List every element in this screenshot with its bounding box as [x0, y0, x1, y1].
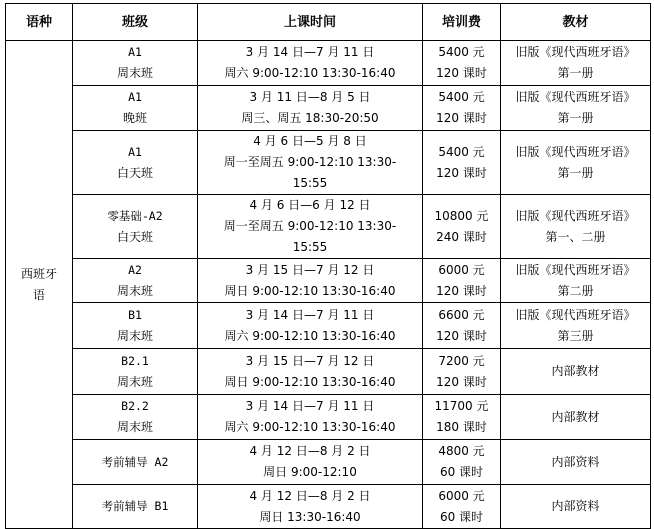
schedule-cell: 4 月 6 日—5 月 8 日周一至周五 9:00-12:10 13:30-15…	[198, 131, 423, 195]
weekly-schedule: 周日 9:00-12:10 13:30-16:40	[200, 281, 420, 302]
class-level: A1	[75, 142, 195, 163]
fee-amount: 6000 元	[425, 486, 498, 507]
course-hours: 180 课时	[425, 417, 498, 438]
fee-cell: 6000 元120 课时	[423, 259, 501, 303]
textbook-title: 内部资料	[503, 452, 648, 473]
fee-amount: 11700 元	[425, 396, 498, 417]
textbook-cell: 旧版《现代西班牙语》第三册	[501, 303, 651, 349]
date-range: 3 月 14 日—7 月 11 日	[200, 305, 420, 326]
weekly-schedule-cont: 15:55	[200, 237, 420, 258]
class-cell: A1周末班	[73, 41, 198, 86]
date-range: 3 月 14 日—7 月 11 日	[200, 42, 420, 63]
class-type: 白天班	[75, 163, 195, 184]
textbook-volume: 第一册	[503, 108, 648, 129]
weekly-schedule: 周一至周五 9:00-12:10 13:30-	[200, 216, 420, 237]
textbook-volume: 第二册	[503, 281, 648, 302]
class-type: 白天班	[75, 227, 195, 248]
fee-amount: 5400 元	[425, 142, 498, 163]
class-level: 考前辅导 B1	[75, 496, 195, 517]
course-hours: 60 课时	[425, 462, 498, 483]
weekly-schedule: 周三、周五 18:30-20:50	[200, 108, 420, 129]
class-type: 晚班	[75, 108, 195, 129]
textbook-cell: 旧版《现代西班牙语》第二册	[501, 259, 651, 303]
fee-cell: 5400 元120 课时	[423, 131, 501, 195]
schedule-cell: 3 月 15 日—7 月 12 日周日 9:00-12:10 13:30-16:…	[198, 259, 423, 303]
fee-cell: 7200 元120 课时	[423, 349, 501, 395]
textbook-cell: 旧版《现代西班牙语》第一册	[501, 86, 651, 131]
course-hours: 120 课时	[425, 281, 498, 302]
class-cell: A1晚班	[73, 86, 198, 131]
language-line2: 语	[8, 285, 70, 306]
course-hours: 120 课时	[425, 372, 498, 393]
weekly-schedule: 周六 9:00-12:10 13:30-16:40	[200, 63, 420, 84]
textbook-cell: 旧版《现代西班牙语》第一册	[501, 41, 651, 86]
fee-cell: 11700 元180 课时	[423, 395, 501, 440]
class-cell: B2.2周末班	[73, 395, 198, 440]
textbook-volume: 第一册	[503, 163, 648, 184]
table-row: A1晚班3 月 11 日—8 月 5 日周三、周五 18:30-20:50540…	[6, 86, 651, 131]
header-row: 语种 班级 上课时间 培训费 教材	[6, 4, 651, 41]
class-cell: A1白天班	[73, 131, 198, 195]
fee-amount: 10800 元	[425, 206, 498, 227]
textbook-cell: 内部资料	[501, 440, 651, 485]
textbook-volume: 第一、二册	[503, 227, 648, 248]
class-level: A2	[75, 260, 195, 281]
class-level: B2.1	[75, 351, 195, 372]
schedule-cell: 3 月 11 日—8 月 5 日周三、周五 18:30-20:50	[198, 86, 423, 131]
fee-cell: 4800 元60 课时	[423, 440, 501, 485]
class-cell: B2.1周末班	[73, 349, 198, 395]
table-row: B2.1周末班3 月 15 日—7 月 12 日周日 9:00-12:10 13…	[6, 349, 651, 395]
fee-cell: 5400 元120 课时	[423, 86, 501, 131]
language-line1: 西班牙	[8, 264, 70, 285]
fee-cell: 6000 元60 课时	[423, 485, 501, 529]
class-cell: 考前辅导 A2	[73, 440, 198, 485]
class-cell: 零基础-A2白天班	[73, 195, 198, 259]
textbook-title: 内部教材	[503, 407, 648, 428]
weekly-schedule: 周六 9:00-12:10 13:30-16:40	[200, 417, 420, 438]
table-row: 考前辅导 A24 月 12 日—8 月 2 日周日 9:00-12:104800…	[6, 440, 651, 485]
textbook-volume: 第三册	[503, 326, 648, 347]
weekly-schedule: 周日 13:30-16:40	[200, 507, 420, 528]
class-type: 周末班	[75, 417, 195, 438]
header-class: 班级	[73, 4, 198, 41]
header-language: 语种	[6, 4, 73, 41]
schedule-cell: 4 月 6 日—6 月 12 日周一至周五 9:00-12:10 13:30-1…	[198, 195, 423, 259]
course-hours: 60 课时	[425, 507, 498, 528]
class-cell: 考前辅导 B1	[73, 485, 198, 529]
textbook-title: 旧版《现代西班牙语》	[503, 260, 648, 281]
schedule-cell: 3 月 15 日—7 月 12 日周日 9:00-12:10 13:30-16:…	[198, 349, 423, 395]
textbook-title: 旧版《现代西班牙语》	[503, 87, 648, 108]
date-range: 4 月 12 日—8 月 2 日	[200, 486, 420, 507]
class-type: 周末班	[75, 281, 195, 302]
date-range: 3 月 11 日—8 月 5 日	[200, 87, 420, 108]
course-schedule-table: 语种 班级 上课时间 培训费 教材 西班牙语A1周末班3 月 14 日—7 月 …	[5, 3, 651, 529]
course-hours: 240 课时	[425, 227, 498, 248]
weekly-schedule: 周六 9:00-12:10 13:30-16:40	[200, 326, 420, 347]
table-row: A1白天班4 月 6 日—5 月 8 日周一至周五 9:00-12:10 13:…	[6, 131, 651, 195]
textbook-title: 旧版《现代西班牙语》	[503, 42, 648, 63]
schedule-cell: 4 月 12 日—8 月 2 日周日 13:30-16:40	[198, 485, 423, 529]
textbook-title: 内部资料	[503, 496, 648, 517]
table-row: 考前辅导 B14 月 12 日—8 月 2 日周日 13:30-16:40600…	[6, 485, 651, 529]
textbook-cell: 内部资料	[501, 485, 651, 529]
textbook-title: 内部教材	[503, 361, 648, 382]
textbook-title: 旧版《现代西班牙语》	[503, 206, 648, 227]
course-hours: 120 课时	[425, 326, 498, 347]
textbook-cell: 旧版《现代西班牙语》第一、二册	[501, 195, 651, 259]
class-level: A1	[75, 42, 195, 63]
course-hours: 120 课时	[425, 163, 498, 184]
textbook-volume: 第一册	[503, 63, 648, 84]
fee-cell: 6600 元120 课时	[423, 303, 501, 349]
weekly-schedule: 周日 9:00-12:10 13:30-16:40	[200, 372, 420, 393]
fee-amount: 6600 元	[425, 305, 498, 326]
date-range: 4 月 6 日—6 月 12 日	[200, 195, 420, 216]
textbook-cell: 内部教材	[501, 349, 651, 395]
table-row: B2.2周末班3 月 14 日—7 月 11 日周六 9:00-12:10 13…	[6, 395, 651, 440]
date-range: 4 月 12 日—8 月 2 日	[200, 441, 420, 462]
weekly-schedule-cont: 15:55	[200, 173, 420, 194]
schedule-cell: 3 月 14 日—7 月 11 日周六 9:00-12:10 13:30-16:…	[198, 395, 423, 440]
weekly-schedule: 周一至周五 9:00-12:10 13:30-	[200, 152, 420, 173]
table-row: A2周末班3 月 15 日—7 月 12 日周日 9:00-12:10 13:3…	[6, 259, 651, 303]
class-type: 周末班	[75, 326, 195, 347]
fee-cell: 10800 元240 课时	[423, 195, 501, 259]
textbook-title: 旧版《现代西班牙语》	[503, 142, 648, 163]
schedule-cell: 3 月 14 日—7 月 11 日周六 9:00-12:10 13:30-16:…	[198, 41, 423, 86]
textbook-title: 旧版《现代西班牙语》	[503, 305, 648, 326]
date-range: 3 月 14 日—7 月 11 日	[200, 396, 420, 417]
class-cell: B1周末班	[73, 303, 198, 349]
fee-amount: 4800 元	[425, 441, 498, 462]
class-level: A1	[75, 87, 195, 108]
textbook-cell: 内部教材	[501, 395, 651, 440]
table-row: 西班牙语A1周末班3 月 14 日—7 月 11 日周六 9:00-12:10 …	[6, 41, 651, 86]
fee-amount: 6000 元	[425, 260, 498, 281]
class-type: 周末班	[75, 372, 195, 393]
table-row: B1周末班3 月 14 日—7 月 11 日周六 9:00-12:10 13:3…	[6, 303, 651, 349]
date-range: 4 月 6 日—5 月 8 日	[200, 131, 420, 152]
course-hours: 120 课时	[425, 63, 498, 84]
schedule-cell: 4 月 12 日—8 月 2 日周日 9:00-12:10	[198, 440, 423, 485]
date-range: 3 月 15 日—7 月 12 日	[200, 260, 420, 281]
table-row: 零基础-A2白天班4 月 6 日—6 月 12 日周一至周五 9:00-12:1…	[6, 195, 651, 259]
header-fee: 培训费	[423, 4, 501, 41]
class-cell: A2周末班	[73, 259, 198, 303]
class-type: 周末班	[75, 63, 195, 84]
class-level: 考前辅导 A2	[75, 452, 195, 473]
class-level: 零基础-A2	[75, 206, 195, 227]
header-textbook: 教材	[501, 4, 651, 41]
fee-amount: 5400 元	[425, 42, 498, 63]
date-range: 3 月 15 日—7 月 12 日	[200, 351, 420, 372]
schedule-cell: 3 月 14 日—7 月 11 日周六 9:00-12:10 13:30-16:…	[198, 303, 423, 349]
class-level: B1	[75, 305, 195, 326]
course-hours: 120 课时	[425, 108, 498, 129]
textbook-cell: 旧版《现代西班牙语》第一册	[501, 131, 651, 195]
weekly-schedule: 周日 9:00-12:10	[200, 462, 420, 483]
header-schedule: 上课时间	[198, 4, 423, 41]
language-cell: 西班牙语	[6, 41, 73, 529]
fee-cell: 5400 元120 课时	[423, 41, 501, 86]
fee-amount: 5400 元	[425, 87, 498, 108]
class-level: B2.2	[75, 396, 195, 417]
fee-amount: 7200 元	[425, 351, 498, 372]
